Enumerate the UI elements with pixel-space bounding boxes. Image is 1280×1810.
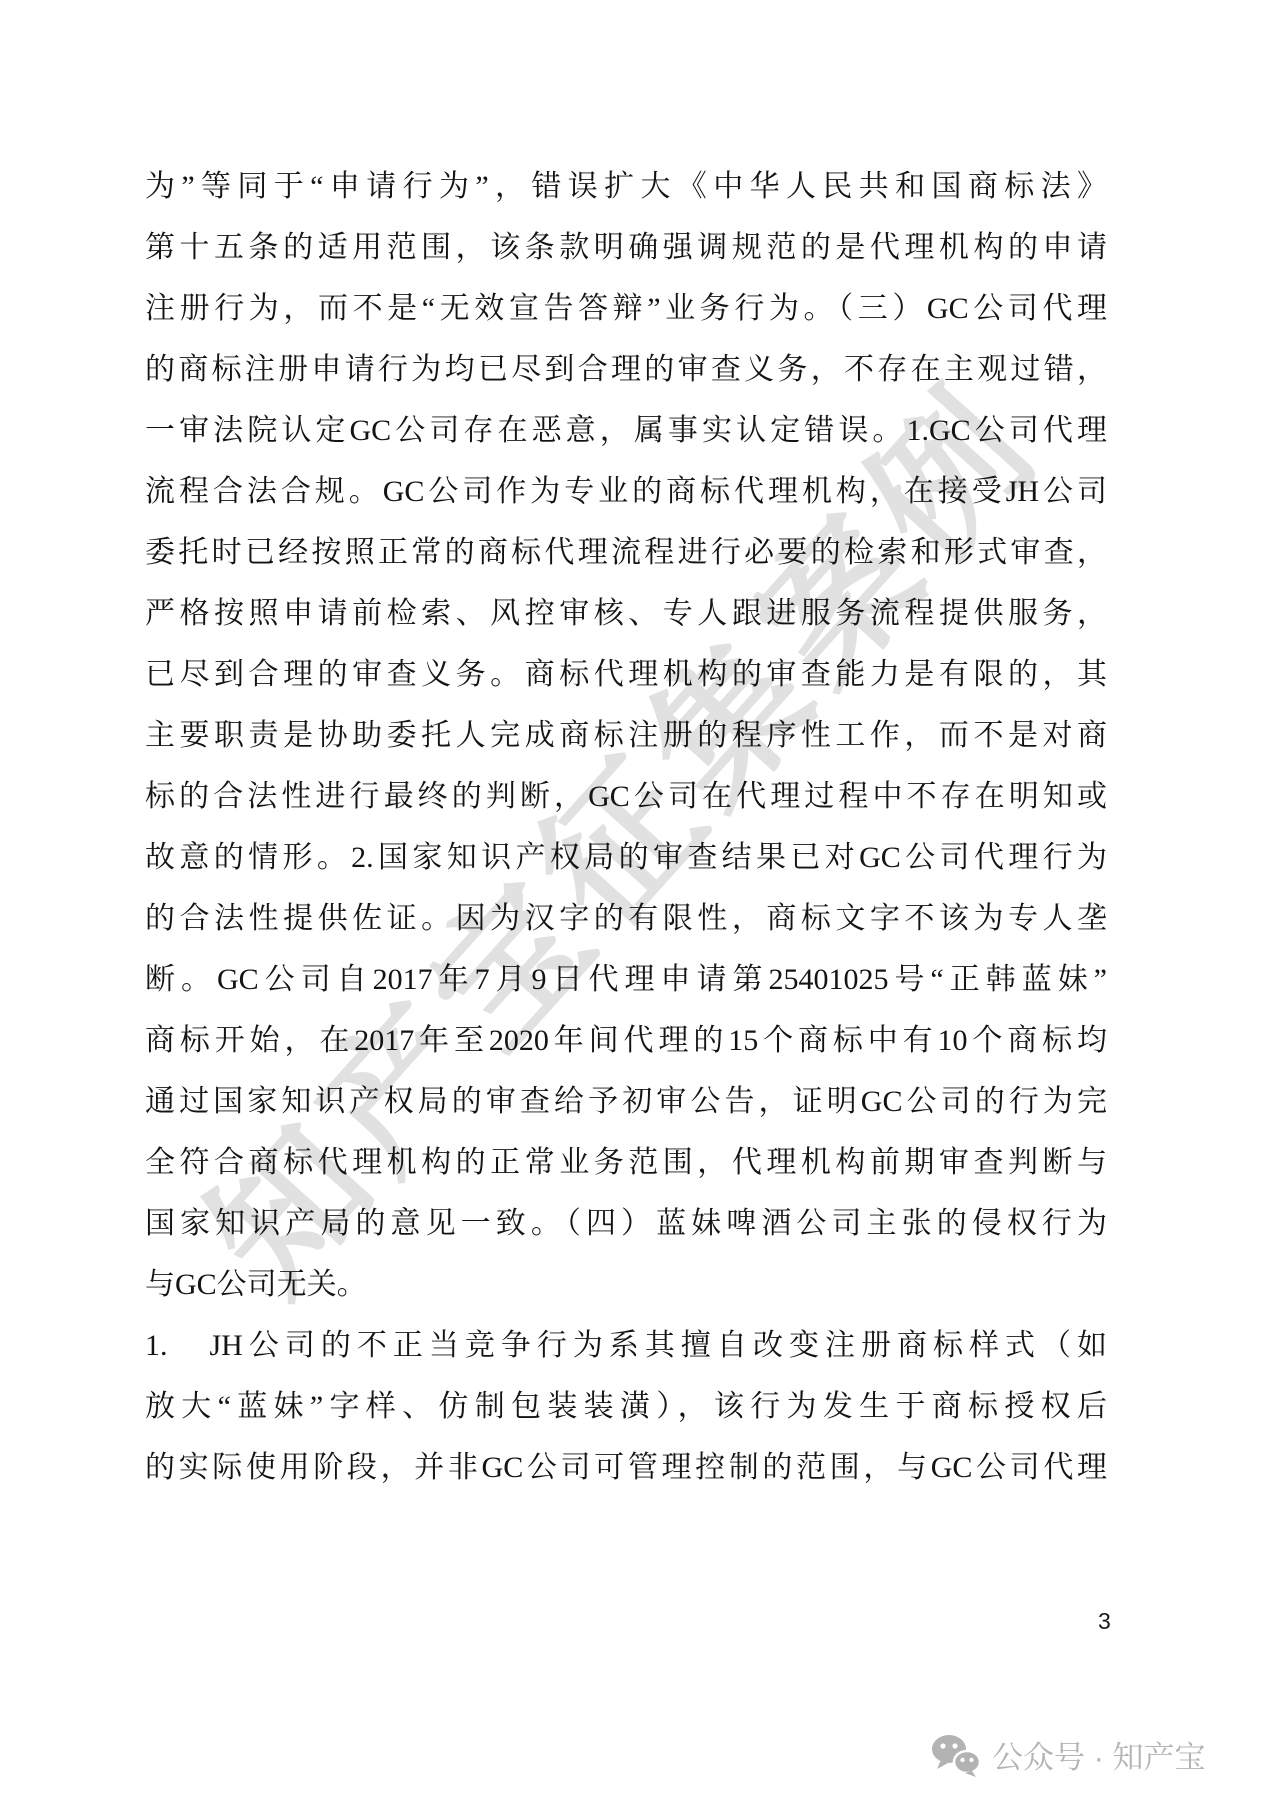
text-line: 严格按照申请前检索、风控审核、专人跟进服务流程提供服务， — [145, 583, 1107, 644]
text-line: 的合法性提供佐证。因为汉字的有限性，商标文字不该为专人垄 — [145, 888, 1107, 949]
text-line: 已尽到合理的审查义务。商标代理机构的审查能力是有限的，其 — [145, 644, 1107, 705]
text-line: 1. JH公司的不正当竞争行为系其擅自改变注册商标样式（如 — [145, 1315, 1107, 1376]
footer-brand: 公众号 · 知产宝 — [930, 1732, 1206, 1777]
page-number: 3 — [1098, 1608, 1111, 1635]
text-line: 通过国家知识产权局的审查给予初审公告，证明GC公司的行为完 — [145, 1071, 1107, 1132]
footer-label: 公众号 · 知产宝 — [992, 1732, 1206, 1777]
text-line: 标的合法性进行最终的判断，GC公司在代理过程中不存在明知或 — [145, 766, 1107, 827]
text-line: 的实际使用阶段，并非GC公司可管理控制的范围，与GC公司代理 — [145, 1437, 1107, 1498]
text-line: 注册行为，而不是“无效宣告答辩”业务行为。（三）GC公司代理 — [145, 278, 1107, 339]
text-line: 全符合商标代理机构的正常业务范围，代理机构前期审查判断与 — [145, 1132, 1107, 1193]
text-line: 委托时已经按照正常的商标代理流程进行必要的检索和形式审查， — [145, 522, 1107, 583]
document-page: 知产宝征集案例 为”等同于“申请行为”，错误扩大《中华人民共和国商标法》第十五条… — [0, 0, 1280, 1810]
text-line: 商标开始，在2017年至2020年间代理的15个商标中有10个商标均 — [145, 1010, 1107, 1071]
text-line: 流程合法合规。GC公司作为专业的商标代理机构，在接受JH公司 — [145, 461, 1107, 522]
text-line: 故意的情形。2.国家知识产权局的审查结果已对GC公司代理行为 — [145, 827, 1107, 888]
text-line: 放大“蓝妹”字样、仿制包装装潢），该行为发生于商标授权后 — [145, 1376, 1107, 1437]
text-line: 第十五条的适用范围，该条款明确强调规范的是代理机构的申请 — [145, 217, 1107, 278]
text-line: 国家知识产局的意见一致。（四）蓝妹啤酒公司主张的侵权行为 — [145, 1193, 1107, 1254]
text-line: 与GC公司无关。 — [145, 1254, 1107, 1315]
wechat-icon — [930, 1733, 982, 1777]
text-line: 为”等同于“申请行为”，错误扩大《中华人民共和国商标法》 — [145, 156, 1107, 217]
text-line: 的商标注册申请行为均已尽到合理的审查义务，不存在主观过错， — [145, 339, 1107, 400]
text-line: 主要职责是协助委托人完成商标注册的程序性工作，而不是对商 — [145, 705, 1107, 766]
text-line: 一审法院认定GC公司存在恶意，属事实认定错误。1.GC公司代理 — [145, 400, 1107, 461]
body-text: 为”等同于“申请行为”，错误扩大《中华人民共和国商标法》第十五条的适用范围，该条… — [145, 156, 1107, 1498]
text-line: 断。GC公司自2017年7月9日代理申请第25401025号“正韩蓝妹” — [145, 949, 1107, 1010]
